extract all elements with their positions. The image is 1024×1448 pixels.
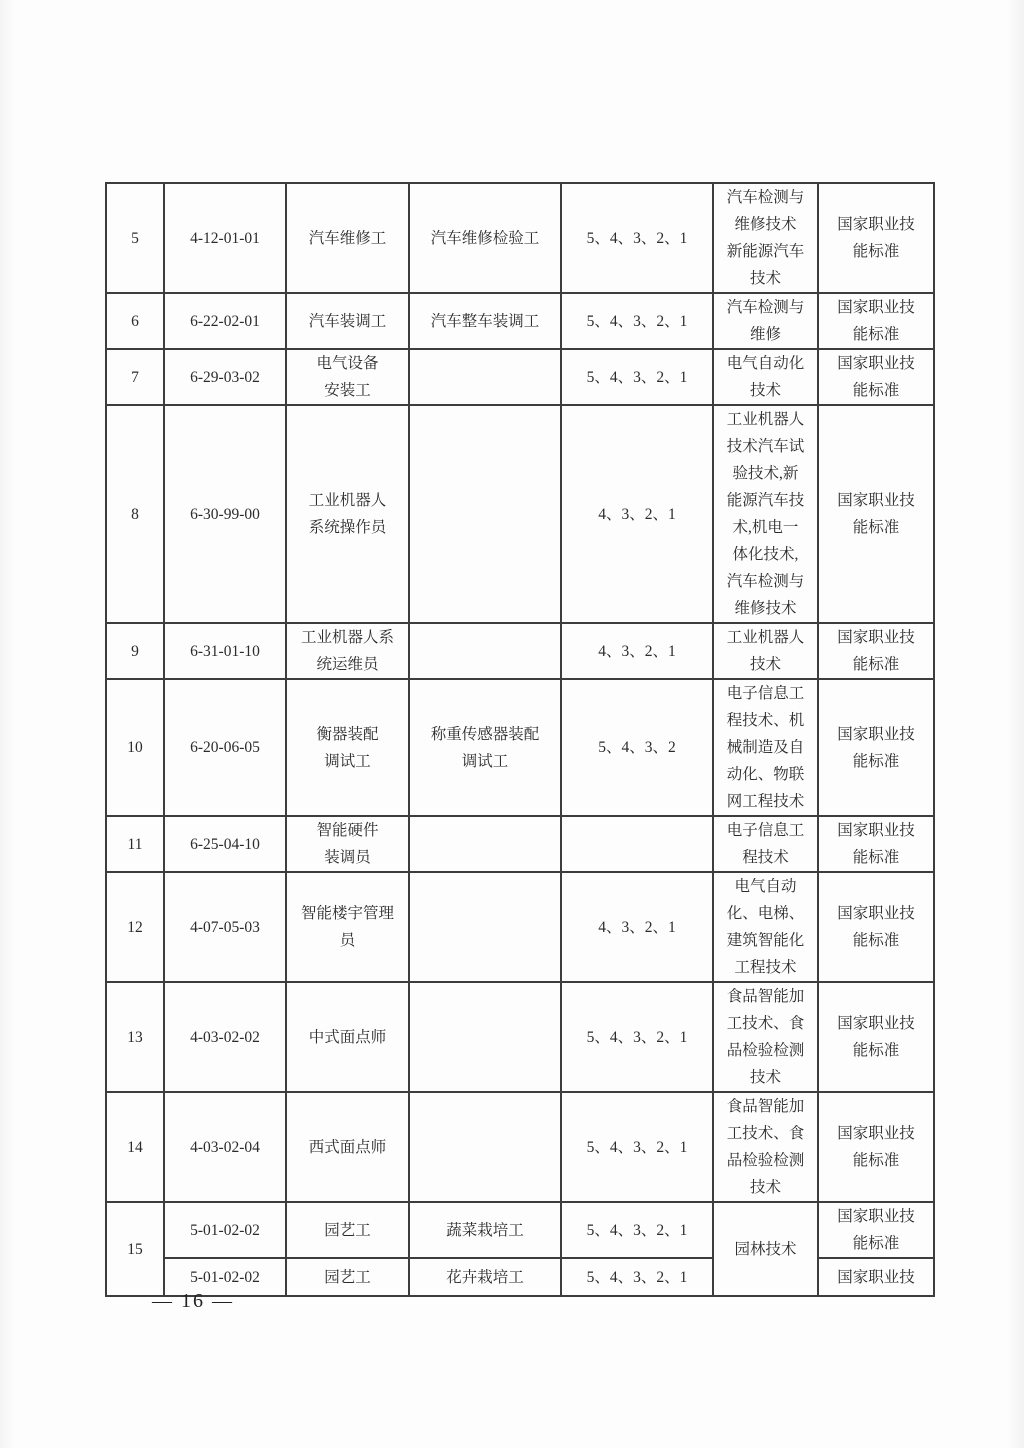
- cell-sub-occupation: 汽车维修检验工: [409, 183, 561, 293]
- cell-standard: 国家职业技 能标准: [818, 183, 934, 293]
- cell-num: 14: [106, 1092, 164, 1202]
- cell-occupation: 工业机器人 系统操作员: [286, 405, 409, 623]
- cell-num: 13: [106, 982, 164, 1092]
- cell-tech: 食品智能加 工技术、食 品检验检测 技术: [713, 982, 818, 1092]
- cell-sub-occupation: [409, 872, 561, 982]
- cell-tech: 电子信息工 程技术、机 械制造及自 动化、物联 网工程技术: [713, 679, 818, 816]
- cell-num: 12: [106, 872, 164, 982]
- cell-tech: 工业机器人 技术: [713, 623, 818, 679]
- table-row: 13 4-03-02-02 中式面点师 5、4、3、2、1 食品智能加 工技术、…: [106, 982, 934, 1092]
- cell-code: 6-25-04-10: [164, 816, 286, 872]
- cell-occupation: 汽车装调工: [286, 293, 409, 349]
- table-row: 5 4-12-01-01 汽车维修工 汽车维修检验工 5、4、3、2、1 汽车检…: [106, 183, 934, 293]
- cell-levels: 5、4、3、2、1: [561, 1092, 713, 1202]
- cell-sub-occupation: 汽车整车装调工: [409, 293, 561, 349]
- page-number: — 16 —: [152, 1290, 234, 1313]
- cell-tech: 电子信息工 程技术: [713, 816, 818, 872]
- table-row: 7 6-29-03-02 电气设备 安装工 5、4、3、2、1 电气自动化 技术…: [106, 349, 934, 405]
- cell-code: 6-30-99-00: [164, 405, 286, 623]
- cell-sub-occupation: 花卉栽培工: [409, 1258, 561, 1296]
- table-row: 11 6-25-04-10 智能硬件 装调员 电子信息工 程技术 国家职业技 能…: [106, 816, 934, 872]
- cell-occupation: 智能硬件 装调员: [286, 816, 409, 872]
- cell-code: 4-07-05-03: [164, 872, 286, 982]
- table-row: 15 5-01-02-02 园艺工 蔬菜栽培工 5、4、3、2、1 园林技术 国…: [106, 1202, 934, 1258]
- cell-occupation: 电气设备 安装工: [286, 349, 409, 405]
- cell-levels: 4、3、2、1: [561, 872, 713, 982]
- cell-code: 6-29-03-02: [164, 349, 286, 405]
- cell-code: 6-20-06-05: [164, 679, 286, 816]
- cell-occupation: 园艺工: [286, 1258, 409, 1296]
- cell-sub-occupation: 蔬菜栽培工: [409, 1202, 561, 1258]
- cell-levels: 5、4、3、2、1: [561, 982, 713, 1092]
- cell-num: 15: [106, 1202, 164, 1296]
- cell-num: 7: [106, 349, 164, 405]
- table-row: 6 6-22-02-01 汽车装调工 汽车整车装调工 5、4、3、2、1 汽车检…: [106, 293, 934, 349]
- table-row: 10 6-20-06-05 衡器装配 调试工 称重传感器装配 调试工 5、4、3…: [106, 679, 934, 816]
- cell-code: 5-01-02-02: [164, 1202, 286, 1258]
- cell-standard: 国家职业技 能标准: [818, 349, 934, 405]
- cell-occupation: 工业机器人系 统运维员: [286, 623, 409, 679]
- cell-code: 4-03-02-02: [164, 982, 286, 1092]
- table-row: 12 4-07-05-03 智能楼宇管理 员 4、3、2、1 电气自动 化、电梯…: [106, 872, 934, 982]
- cell-occupation: 衡器装配 调试工: [286, 679, 409, 816]
- cell-num: 5: [106, 183, 164, 293]
- cell-levels: 5、4、3、2、1: [561, 1258, 713, 1296]
- cell-tech: 汽车检测与 维修技术 新能源汽车 技术: [713, 183, 818, 293]
- cell-num: 9: [106, 623, 164, 679]
- cell-code: 4-03-02-04: [164, 1092, 286, 1202]
- cell-sub-occupation: [409, 1092, 561, 1202]
- cell-standard: 国家职业技 能标准: [818, 872, 934, 982]
- cell-levels: [561, 816, 713, 872]
- cell-occupation: 智能楼宇管理 员: [286, 872, 409, 982]
- cell-tech: 工业机器人 技术汽车试 验技术,新 能源汽车技 术,机电一 体化技术, 汽车检测…: [713, 405, 818, 623]
- cell-sub-occupation: [409, 816, 561, 872]
- cell-occupation: 西式面点师: [286, 1092, 409, 1202]
- cell-code: 4-12-01-01: [164, 183, 286, 293]
- cell-tech: 食品智能加 工技术、食 品检验检测 技术: [713, 1092, 818, 1202]
- cell-standard: 国家职业技 能标准: [818, 405, 934, 623]
- cell-levels: 5、4、3、2、1: [561, 293, 713, 349]
- cell-occupation: 中式面点师: [286, 982, 409, 1092]
- cell-code: 6-31-01-10: [164, 623, 286, 679]
- cell-tech: 电气自动 化、电梯、 建筑智能化 工程技术: [713, 872, 818, 982]
- cell-num: 6: [106, 293, 164, 349]
- table-row: 8 6-30-99-00 工业机器人 系统操作员 4、3、2、1 工业机器人 技…: [106, 405, 934, 623]
- cell-levels: 5、4、3、2、1: [561, 1202, 713, 1258]
- cell-levels: 4、3、2、1: [561, 405, 713, 623]
- cell-num: 8: [106, 405, 164, 623]
- cell-occupation: 汽车维修工: [286, 183, 409, 293]
- cell-levels: 4、3、2、1: [561, 623, 713, 679]
- cell-sub-occupation: 称重传感器装配 调试工: [409, 679, 561, 816]
- table-row: 9 6-31-01-10 工业机器人系 统运维员 4、3、2、1 工业机器人 技…: [106, 623, 934, 679]
- cell-num: 11: [106, 816, 164, 872]
- cell-tech: 电气自动化 技术: [713, 349, 818, 405]
- cell-standard: 国家职业技 能标准: [818, 816, 934, 872]
- table-row: 14 4-03-02-04 西式面点师 5、4、3、2、1 食品智能加 工技术、…: [106, 1092, 934, 1202]
- cell-num: 10: [106, 679, 164, 816]
- cell-levels: 5、4、3、2: [561, 679, 713, 816]
- cell-tech: 园林技术: [713, 1202, 818, 1296]
- occupations-table: 5 4-12-01-01 汽车维修工 汽车维修检验工 5、4、3、2、1 汽车检…: [105, 182, 935, 1297]
- cell-sub-occupation: [409, 405, 561, 623]
- cell-standard: 国家职业技: [818, 1258, 934, 1296]
- cell-levels: 5、4、3、2、1: [561, 349, 713, 405]
- cell-sub-occupation: [409, 623, 561, 679]
- cell-sub-occupation: [409, 982, 561, 1092]
- cell-standard: 国家职业技 能标准: [818, 623, 934, 679]
- cell-standard: 国家职业技 能标准: [818, 1202, 934, 1258]
- cell-code: 6-22-02-01: [164, 293, 286, 349]
- cell-tech: 汽车检测与 维修: [713, 293, 818, 349]
- cell-standard: 国家职业技 能标准: [818, 982, 934, 1092]
- cell-standard: 国家职业技 能标准: [818, 679, 934, 816]
- cell-standard: 国家职业技 能标准: [818, 1092, 934, 1202]
- cell-occupation: 园艺工: [286, 1202, 409, 1258]
- document-page: 5 4-12-01-01 汽车维修工 汽车维修检验工 5、4、3、2、1 汽车检…: [0, 0, 1024, 1448]
- cell-standard: 国家职业技 能标准: [818, 293, 934, 349]
- cell-sub-occupation: [409, 349, 561, 405]
- cell-levels: 5、4、3、2、1: [561, 183, 713, 293]
